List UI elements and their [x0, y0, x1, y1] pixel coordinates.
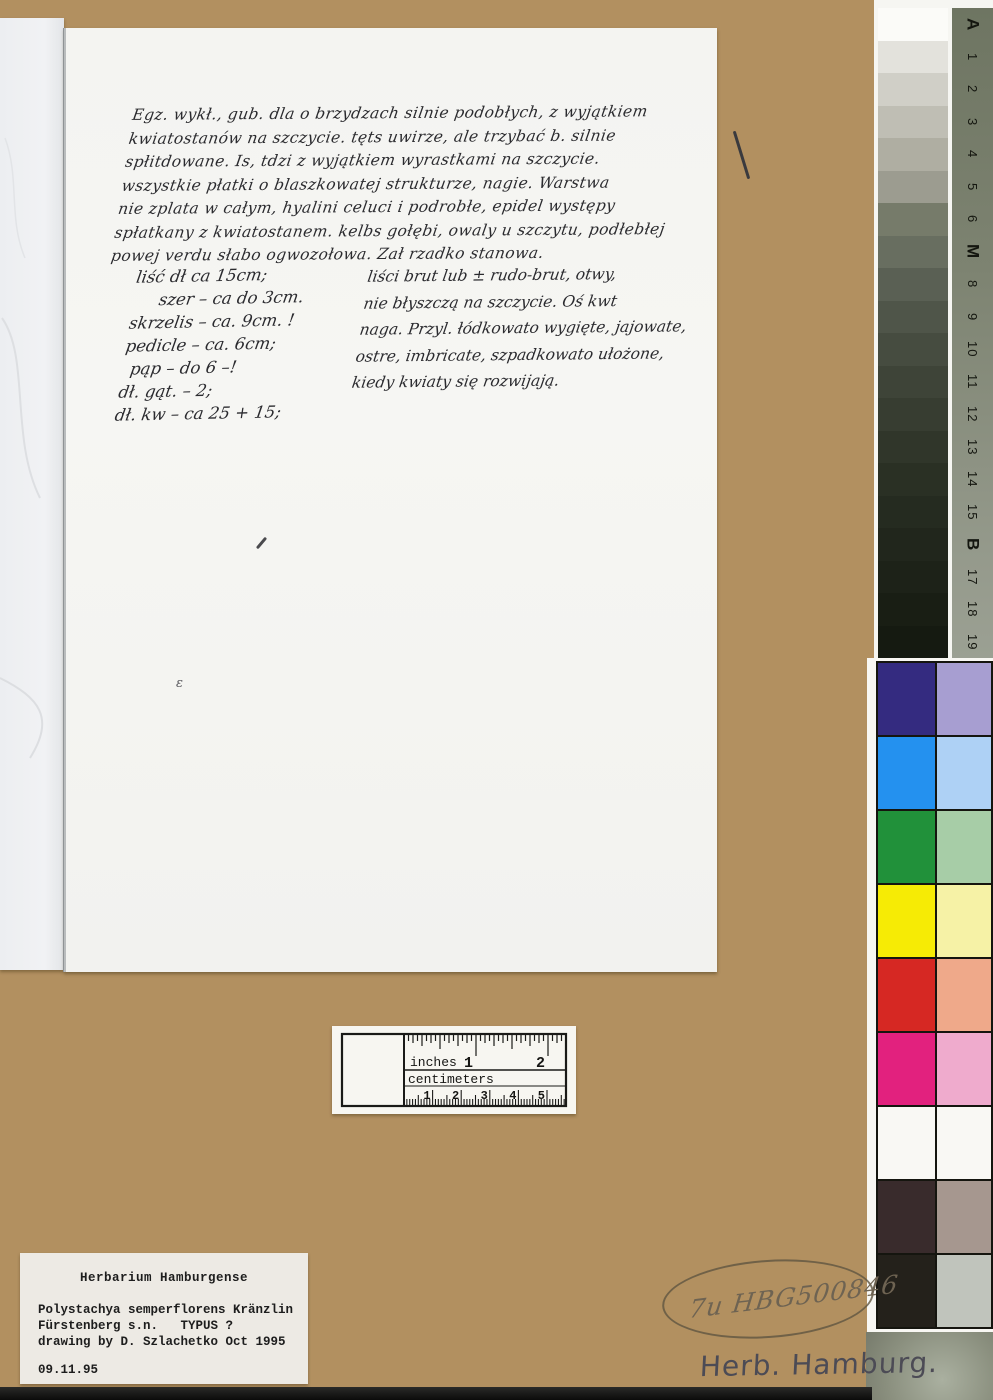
grayscale-patches	[878, 8, 948, 658]
grayscale-step-12	[878, 398, 948, 431]
color-patch-left-row3	[878, 811, 935, 883]
color-calibration-chart	[867, 658, 993, 1332]
notes-line: liści brut lub ± rudo-brut, otwy,	[366, 260, 697, 290]
color-patch-right-row3	[937, 811, 991, 883]
color-patch-right-row8	[937, 1181, 991, 1253]
herbarium-name: Herbarium Hamburgense	[20, 1271, 308, 1285]
grayscale-step-15	[878, 496, 948, 529]
cm-number: 3	[481, 1089, 488, 1103]
grayscale-step-label: 10	[952, 333, 993, 366]
handwritten-measurement-list: liść dł ca 15cm;szer – ca do 3cm.skrzeli…	[113, 262, 309, 427]
color-patch-left-row2	[878, 737, 935, 809]
grayscale-step-19	[878, 626, 948, 659]
handwritten-line: nie zplata w całym, hyalini celuci i pod…	[116, 194, 670, 221]
grayscale-step-6	[878, 203, 948, 236]
grayscale-step-label: 3	[952, 106, 993, 139]
handwritten-line: spłitdowane. Is, tdzi z wyjątkiem wyrast…	[123, 147, 677, 174]
grayscale-step-label: 13	[952, 431, 993, 464]
ruler-scale-card: inchescentimeters1212345	[332, 1026, 576, 1114]
cm-number: 4	[509, 1089, 516, 1103]
grayscale-step-18	[878, 593, 948, 626]
grayscale-step-17	[878, 561, 948, 594]
color-patch-right-row5	[937, 959, 991, 1031]
grayscale-step-M	[878, 236, 948, 269]
grayscale-step-label: 1	[952, 41, 993, 74]
grayscale-step-label: 2	[952, 73, 993, 106]
taxon-name: Polystachya semperflorens Kränzlin	[38, 1303, 293, 1317]
color-patch-right-row7	[937, 1107, 991, 1179]
color-patch-right-row9	[937, 1255, 991, 1327]
grayscale-step-1	[878, 41, 948, 74]
cm-number: 5	[538, 1089, 545, 1103]
pencil-sketch-traces	[0, 18, 64, 970]
notes-line: ostre, imbricate, szpadkowato ułożone,	[354, 340, 685, 370]
notes-line: kiedy kwiaty się rozwijają.	[350, 366, 681, 396]
grayscale-step-label: 6	[952, 203, 993, 236]
ruler-scale: inchescentimeters1212345	[332, 1026, 576, 1114]
grayscale-step-label: 15	[952, 496, 993, 529]
grayscale-step-label: 5	[952, 171, 993, 204]
color-patch-left-row5	[878, 959, 935, 1031]
inch-number: 2	[536, 1055, 545, 1072]
measurement-line: pedicle – ca. 6cm;	[124, 331, 298, 358]
handwritten-right-notes: liści brut lub ± rudo-brut, otwy,nie bły…	[350, 260, 696, 396]
grayscale-step-label: 8	[952, 268, 993, 301]
grayscale-step-13	[878, 431, 948, 464]
measurement-line: dł. kw – ca 25 + 15;	[113, 400, 287, 427]
accession-annotation: 7u HBG500846	[660, 1253, 877, 1346]
grayscale-step-2	[878, 73, 948, 106]
color-patch-right-row6	[937, 1033, 991, 1105]
measurement-line: szer – ca do 3cm.	[157, 285, 305, 311]
inches-label: inches	[410, 1055, 457, 1070]
grayscale-step-label: 11	[952, 366, 993, 399]
color-patch-left-row6	[878, 1033, 935, 1105]
color-patch-left-row1	[878, 663, 935, 735]
specimen-label-card: Herbarium Hamburgense Polystachya semper…	[20, 1253, 308, 1384]
herb-hamburg-handwriting: Herb. Hamburg.	[699, 1346, 939, 1383]
grayscale-step-14	[878, 463, 948, 496]
grayscale-step-label: M	[952, 236, 993, 269]
color-patch-right-row2	[937, 737, 991, 809]
drawing-credit: drawing by D. Szlachetko Oct 1995	[38, 1335, 286, 1349]
inch-number: 1	[464, 1055, 473, 1072]
grayscale-step-5	[878, 171, 948, 204]
grayscale-step-label: B	[952, 528, 993, 561]
grayscale-step-9	[878, 301, 948, 334]
color-patch-left-row4	[878, 885, 935, 957]
color-patch-grid	[876, 661, 993, 1329]
label-date: 09.11.95	[38, 1363, 98, 1377]
small-dash-mark	[256, 537, 267, 550]
color-patch-right-row1	[937, 663, 991, 735]
grayscale-calibration-strip: A123456M89101112131415B171819	[874, 0, 993, 658]
notes-line: nie błyszczą na szczycie. Oś kwt	[362, 287, 693, 317]
handwritten-paragraph: Egz. wykł., gub. dla o brzydzach silnie …	[109, 100, 684, 268]
grayscale-step-3	[878, 106, 948, 139]
grayscale-step-10	[878, 333, 948, 366]
handwritten-sheet: Egz. wykł., gub. dla o brzydzach silnie …	[64, 28, 717, 972]
grayscale-step-label: 17	[952, 561, 993, 594]
grayscale-step-8	[878, 268, 948, 301]
cm-number: 1	[423, 1089, 430, 1103]
bottom-black-band	[0, 1387, 872, 1400]
grayscale-step-4	[878, 138, 948, 171]
grayscale-step-label: 9	[952, 301, 993, 334]
grayscale-step-label: 19	[952, 626, 993, 659]
small-epsilon-mark: ε	[176, 676, 183, 691]
grayscale-step-label: A	[952, 8, 993, 41]
color-patch-left-row7	[878, 1107, 935, 1179]
grayscale-step-label: 12	[952, 398, 993, 431]
handwritten-line: spłatkany z kwiatostanem. kelbs gołębi, …	[113, 218, 667, 245]
grayscale-step-11	[878, 366, 948, 399]
color-patch-right-row4	[937, 885, 991, 957]
centimeters-label: centimeters	[408, 1072, 494, 1087]
collection-info: Fürstenberg s.n. TYPUS ?	[38, 1319, 233, 1333]
handwritten-line: Egz. wykł., gub. dla o brzydzach silnie …	[131, 100, 685, 127]
grayscale-step-label: 18	[952, 593, 993, 626]
notes-line: naga. Przyl. łódkowato wygięte, jajowate…	[358, 313, 689, 343]
grayscale-step-label: 4	[952, 138, 993, 171]
color-patch-left-row8	[878, 1181, 935, 1253]
grayscale-step-label: 14	[952, 463, 993, 496]
underlying-sheet	[0, 18, 64, 970]
grayscale-label-column: A123456M89101112131415B171819	[952, 8, 993, 658]
grayscale-step-A	[878, 8, 948, 41]
cm-number: 2	[452, 1089, 459, 1103]
grayscale-step-B	[878, 528, 948, 561]
